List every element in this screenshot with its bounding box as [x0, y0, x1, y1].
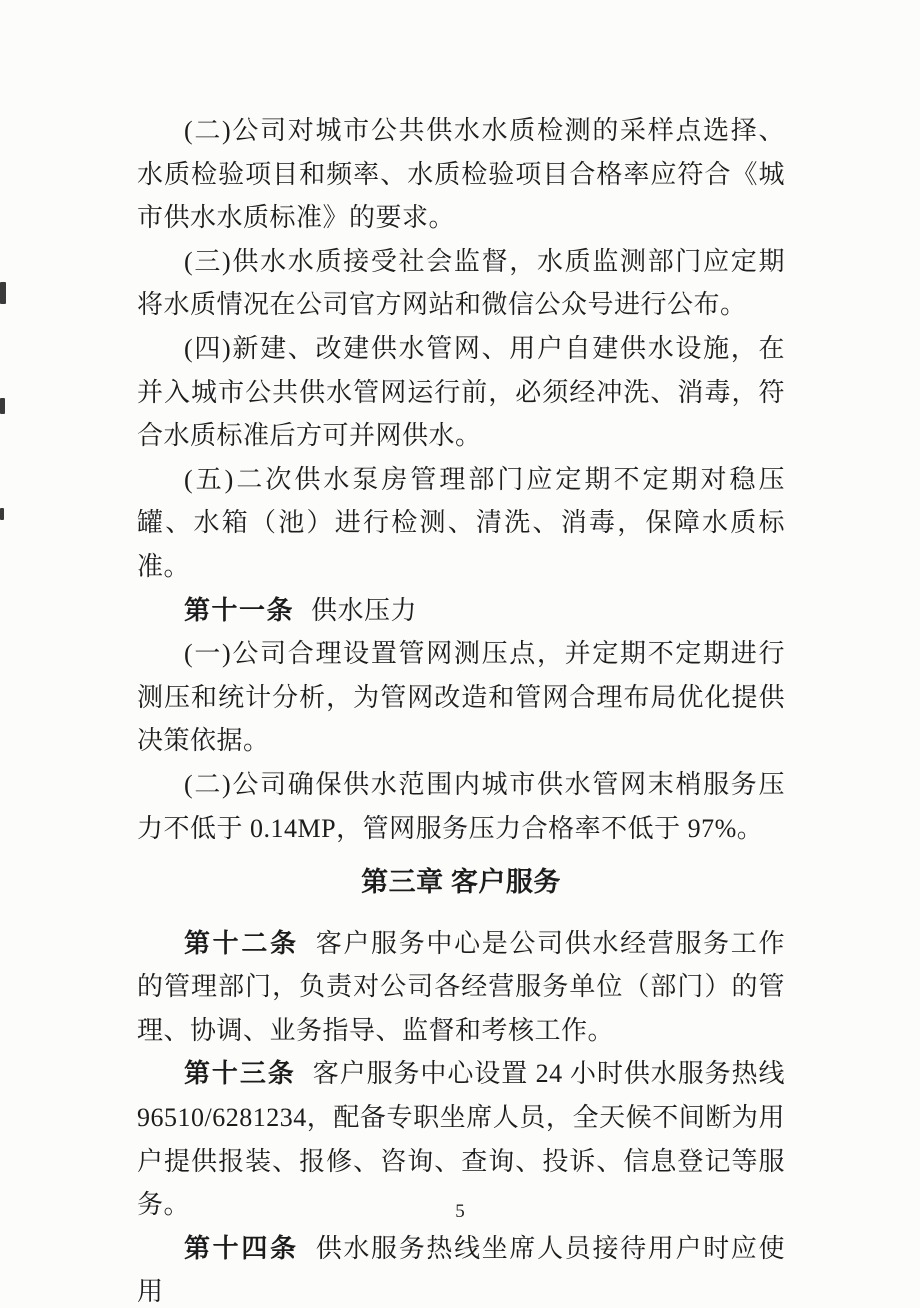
- article-13-number: 第十三条: [184, 1059, 296, 1088]
- document-page: (二)公司对城市公共供水水质检测的采样点选择、水质检验项目和频率、水质检验项目合…: [0, 0, 920, 1308]
- scan-artifact: [0, 398, 5, 414]
- article-11-paragraph: 第十一条供水压力: [137, 589, 785, 633]
- article-11-text: 供水压力: [311, 596, 417, 625]
- page-content: (二)公司对城市公共供水水质检测的采样点选择、水质检验项目和频率、水质检验项目合…: [137, 109, 785, 1308]
- chapter-3-heading: 第三章 客户服务: [137, 861, 785, 905]
- paragraph-clause-5: (五)二次供水泵房管理部门应定期不定期对稳压罐、水箱（池）进行检测、清洗、消毒，…: [137, 458, 785, 589]
- article-11-number: 第十一条: [184, 596, 294, 625]
- scan-artifact: [0, 508, 4, 520]
- paragraph-clause-3: (三)供水水质接受社会监督，水质监测部门应定期将水质情况在公司官方网站和微信公众…: [137, 240, 785, 327]
- article-12-number: 第十二条: [184, 929, 299, 958]
- paragraph-clause-4: (四)新建、改建供水管网、用户自建供水设施，在并入城市公共供水管网运行前，必须经…: [137, 327, 785, 458]
- article-14-paragraph: 第十四条供水服务热线坐席人员接待用户时应使用: [137, 1227, 785, 1308]
- article-12-paragraph: 第十二条客户服务中心是公司供水经营服务工作的管理部门，负责对公司各经营服务单位（…: [137, 922, 785, 1053]
- article-14-number: 第十四条: [184, 1234, 299, 1263]
- paragraph-clause-2-pressure: (二)公司确保供水范围内城市供水管网末梢服务压力不低于 0.14MP，管网服务压…: [137, 763, 785, 850]
- scan-artifact: [0, 282, 6, 304]
- page-number: 5: [0, 1201, 920, 1223]
- paragraph-clause-2: (二)公司对城市公共供水水质检测的采样点选择、水质检验项目和频率、水质检验项目合…: [137, 109, 785, 240]
- paragraph-clause-1-pressure: (一)公司合理设置管网测压点，并定期不定期进行测压和统计分析，为管网改造和管网合…: [137, 632, 785, 763]
